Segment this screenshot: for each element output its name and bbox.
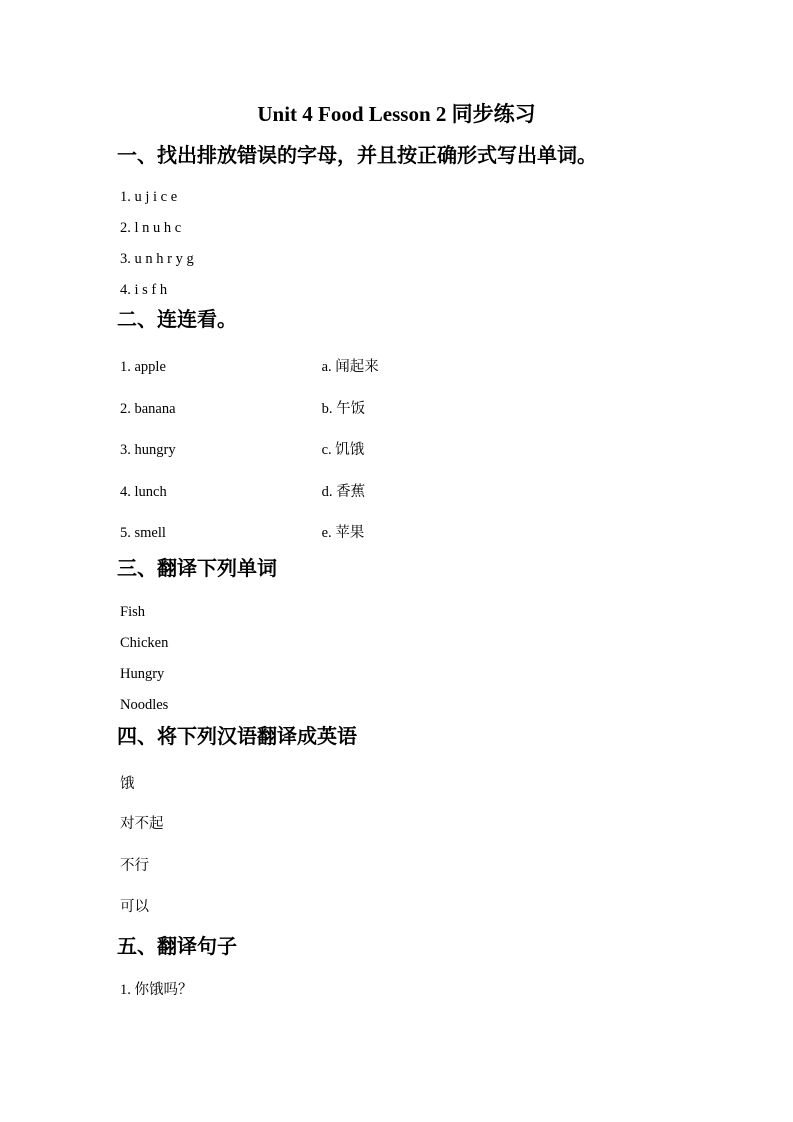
match-right-5: e. 苹果 xyxy=(322,524,365,542)
section-3-heading: 三、翻译下列单词 xyxy=(117,557,277,582)
chinese-word-2: 对不起 xyxy=(120,815,164,833)
match-right-2: b. 午饭 xyxy=(322,400,366,418)
section-2-heading: 二、连连看。 xyxy=(117,308,237,333)
match-left-5: 5. smell xyxy=(120,524,318,542)
match-row-3: 3. hungry c. 饥饿 xyxy=(120,441,364,459)
scramble-item-3: 3. u n h r y g xyxy=(120,250,194,268)
match-left-2: 2. banana xyxy=(120,400,318,418)
match-row-1: 1. apple a. 闻起来 xyxy=(120,358,379,376)
match-row-5: 5. smell e. 苹果 xyxy=(120,524,364,542)
match-right-4: d. 香蕉 xyxy=(322,483,366,501)
chinese-word-3: 不行 xyxy=(120,857,149,875)
section-5-heading: 五、翻译句子 xyxy=(117,935,237,960)
vocab-word-2: Chicken xyxy=(120,634,168,652)
match-left-4: 4. lunch xyxy=(120,483,318,501)
match-right-1: a. 闻起来 xyxy=(322,358,379,376)
match-row-4: 4. lunch d. 香蕉 xyxy=(120,483,365,501)
chinese-word-4: 可以 xyxy=(120,898,149,916)
match-row-2: 2. banana b. 午饭 xyxy=(120,400,365,418)
worksheet-page: Unit 4 Food Lesson 2 同步练习 一、找出排放错误的字母，并且… xyxy=(0,0,793,1122)
match-left-1: 1. apple xyxy=(120,358,318,376)
scramble-item-2: 2. l n u h c xyxy=(120,219,181,237)
match-left-3: 3. hungry xyxy=(120,441,318,459)
vocab-word-4: Noodles xyxy=(120,696,168,714)
vocab-word-3: Hungry xyxy=(120,665,164,683)
section-4-heading: 四、将下列汉语翻译成英语 xyxy=(117,725,357,750)
chinese-word-1: 饿 xyxy=(120,775,135,793)
scramble-item-1: 1. u j i c e xyxy=(120,188,177,206)
match-right-3: c. 饥饿 xyxy=(322,441,365,459)
scramble-item-4: 4. i s f h xyxy=(120,281,167,299)
sentence-item-1: 1. 你饿吗？ xyxy=(120,981,193,999)
page-title: Unit 4 Food Lesson 2 同步练习 xyxy=(0,101,793,127)
vocab-word-1: Fish xyxy=(120,603,145,621)
section-1-heading: 一、找出排放错误的字母，并且按正确形式写出单词。 xyxy=(117,144,597,169)
